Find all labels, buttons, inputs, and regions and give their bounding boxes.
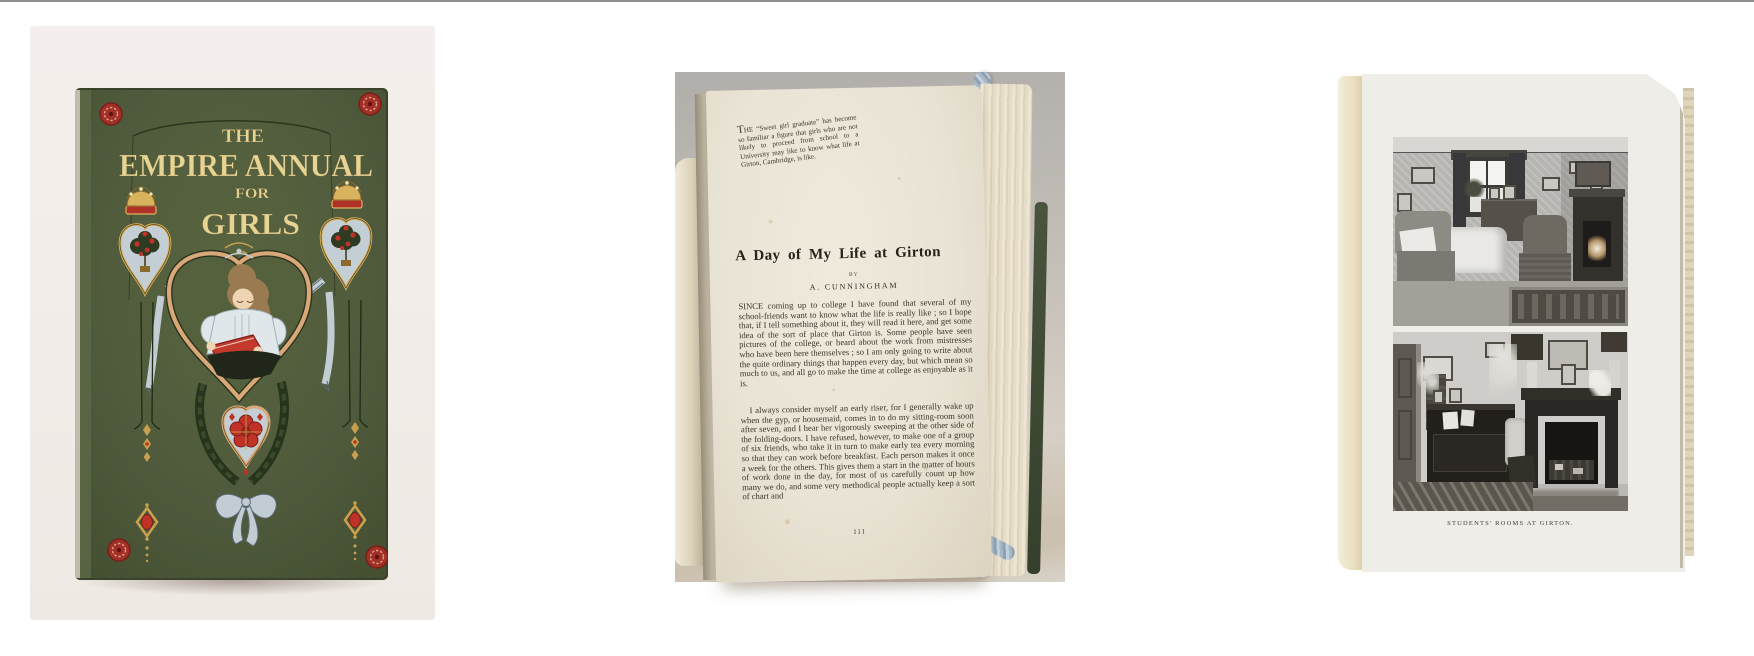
door-panel (1398, 410, 1412, 460)
fireplace (1573, 197, 1623, 281)
sheet-music (1442, 411, 1458, 429)
page-right-edge (1680, 82, 1683, 568)
picture-frame (1542, 177, 1560, 191)
photo-frame-on-piano (1449, 388, 1462, 403)
sitting-room-photo (1393, 137, 1628, 326)
toy-dog (1589, 370, 1611, 396)
top-border-line (0, 0, 1754, 2)
grate-glint (1573, 468, 1583, 474)
photo-plate-page: STUDENTS' ROOMS AT GIRTON. (1330, 70, 1700, 584)
photo-frame-on-piano (1433, 390, 1444, 404)
book-page: THE “Sweet girl graduate” has become so … (706, 85, 992, 583)
picture-frame (1411, 167, 1435, 184)
page-edge-strip (1338, 76, 1366, 570)
armchair-seat (1397, 251, 1455, 281)
piano (1427, 404, 1515, 486)
piano-front-panel (1433, 434, 1507, 472)
page-number: 111 (743, 525, 976, 538)
photo-frame-on-dresser (1489, 187, 1500, 200)
plate-caption: STUDENTS' ROOMS AT GIRTON. (1393, 520, 1628, 527)
byline-label: BY (738, 269, 970, 280)
fireplace-opening (1545, 422, 1598, 484)
sheet-music (1460, 409, 1474, 426)
corner-picture (1601, 332, 1627, 352)
piano-room-photo (1393, 332, 1628, 511)
patterned-rug (1509, 287, 1628, 326)
author-name: A. CUNNINGHAM (738, 279, 970, 293)
patterned-carpet (1393, 482, 1533, 511)
foxing-spot (832, 388, 835, 391)
heart-top-dot (237, 249, 242, 254)
body-paragraph-1: SINCE coming up to college I have found … (738, 297, 973, 388)
cover-illustration: THE EMPIRE ANNUAL FOR GIRLS (75, 88, 388, 580)
foxing-spot (898, 177, 901, 180)
plate-page: STUDENTS' ROOMS AT GIRTON. (1362, 74, 1685, 572)
fire-glow (1588, 233, 1606, 261)
photo-book-cover: THE EMPIRE ANNUAL FOR GIRLS (30, 26, 435, 620)
grate-glint (1555, 464, 1563, 470)
grate (1549, 460, 1594, 480)
mantel-photo (1561, 364, 1576, 385)
spine-worn-edge (75, 90, 80, 578)
spine-fold (80, 90, 91, 578)
fireplace-lintel (1525, 400, 1618, 416)
back-cover-edge (1027, 202, 1048, 574)
cover-title-girls: GIRLS (201, 206, 300, 241)
rug-pattern (1518, 294, 1619, 319)
cover-title-for: FOR (235, 186, 269, 202)
intro-paragraph: THE “Sweet girl graduate” has become so … (737, 112, 861, 170)
picture-frame (1397, 193, 1412, 212)
cover-title-main: EMPIRE ANNUAL (119, 147, 373, 183)
door-panel (1398, 358, 1412, 398)
tall-flowers (1489, 344, 1517, 406)
mantel-shelf (1569, 189, 1625, 197)
plant (1463, 177, 1485, 197)
book-front-cover: THE EMPIRE ANNUAL FOR GIRLS (75, 88, 388, 580)
floor (1533, 496, 1628, 511)
piano-lid (1427, 404, 1515, 410)
mantel-vase (1527, 362, 1537, 388)
photo-open-book: THE “Sweet girl graduate” has become so … (675, 72, 1065, 582)
wicker-chair-back (1523, 215, 1567, 257)
foxing-spot (785, 519, 790, 524)
article-title: A Day of My Life at Girton (735, 243, 971, 265)
photo-strip-canvas: THE EMPIRE ANNUAL FOR GIRLS (0, 0, 1754, 656)
foxing-spot (769, 220, 773, 224)
photo-frame-on-dresser (1503, 185, 1516, 200)
cover-title-the: THE (222, 126, 264, 147)
body-paragraph-2: I always consider myself an early riser,… (740, 401, 975, 502)
overmantel-mirror (1575, 161, 1611, 187)
